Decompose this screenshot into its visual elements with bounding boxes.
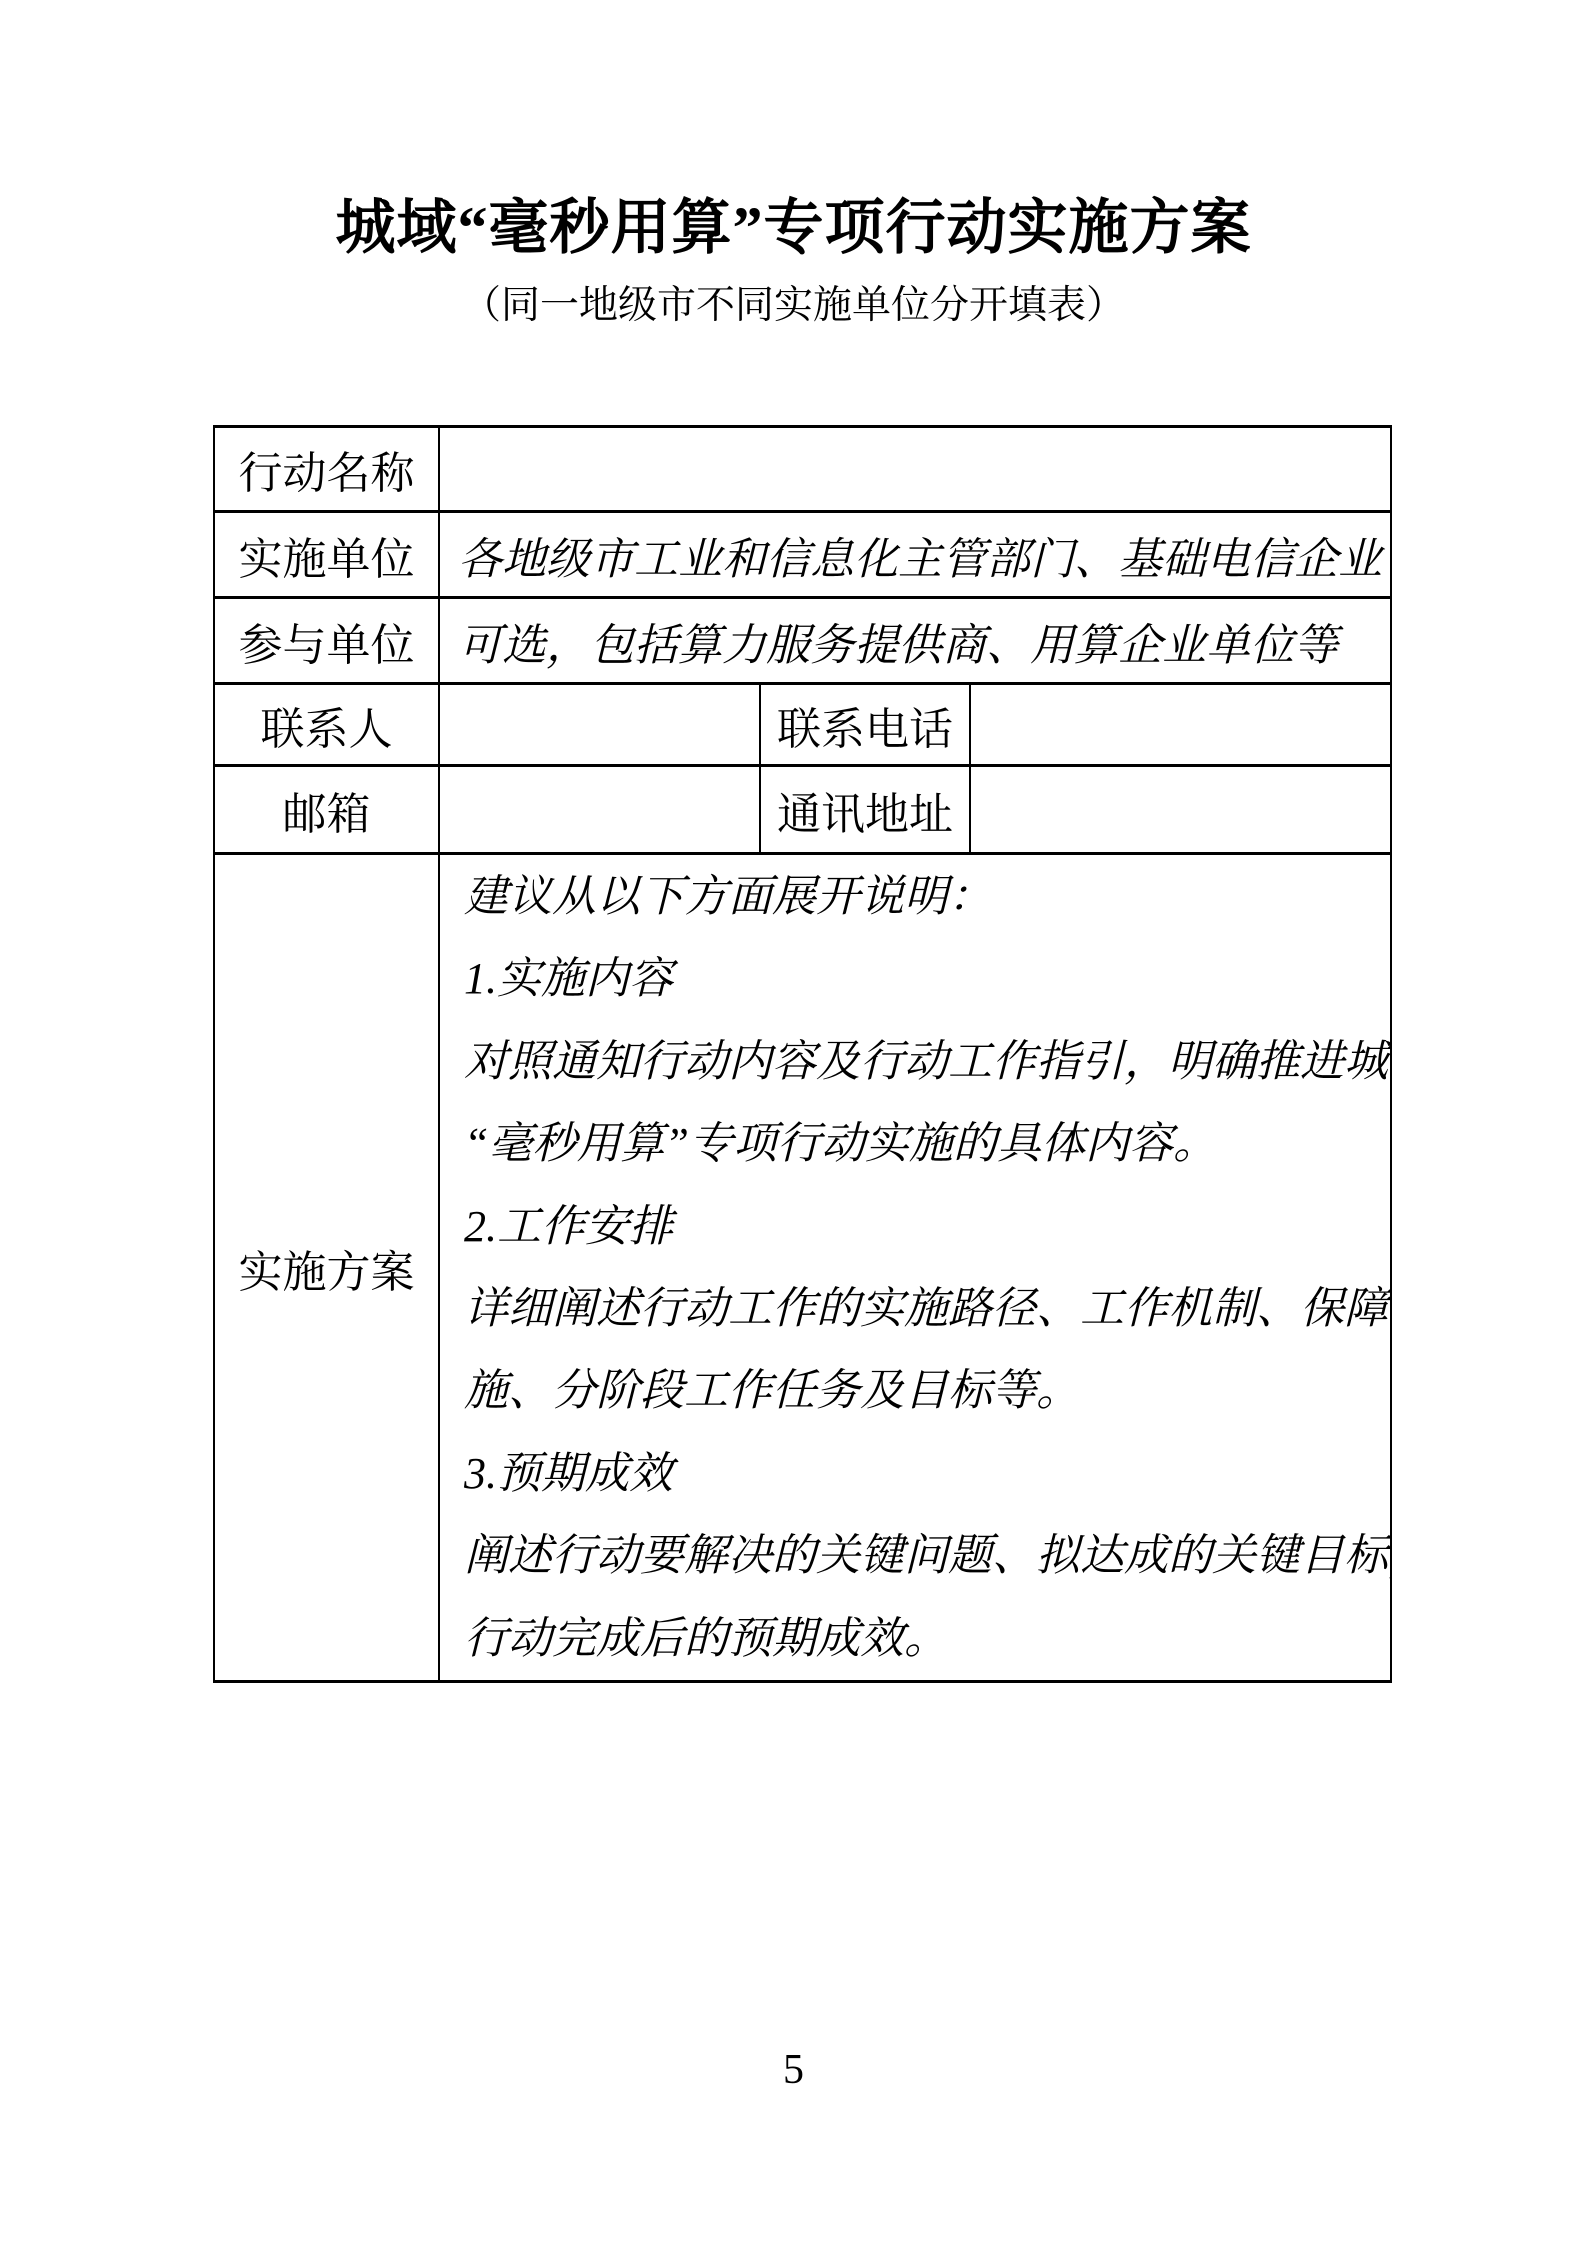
plan-line-item3-b: 行动完成后的预期成效。 — [464, 1598, 1366, 1680]
participating-unit-label: 参与单位 — [214, 598, 439, 684]
implementation-plan-label: 实施方案 — [214, 854, 439, 1682]
mailing-address-label: 通讯地址 — [760, 766, 970, 854]
document-page: 城域“毫秒用算”专项行动实施方案 （同一地级市不同实施单位分开填表） 行动名称 … — [0, 0, 1587, 2245]
plan-line-item3-a: 阐述行动要解决的关键问题、拟达成的关键目标， — [464, 1515, 1366, 1597]
table-row-contact: 联系人 联系电话 — [214, 684, 1391, 766]
implementing-unit-value: 各地级市工业和信息化主管部门、基础电信企业 — [439, 512, 1391, 598]
plan-line-item1: 1.实施内容 — [464, 938, 1366, 1020]
plan-line-item1-b: “毫秒用算”专项行动实施的具体内容。 — [464, 1103, 1366, 1185]
action-name-input-cell[interactable] — [439, 427, 1391, 512]
action-name-label: 行动名称 — [214, 427, 439, 512]
plan-line-item3: 3.预期成效 — [464, 1433, 1366, 1515]
table-row-implementing-unit: 实施单位 各地级市工业和信息化主管部门、基础电信企业 — [214, 512, 1391, 598]
implementation-plan-form-table: 行动名称 实施单位 各地级市工业和信息化主管部门、基础电信企业 参与单位 可选，… — [213, 425, 1392, 1683]
implementation-plan-content: 建议从以下方面展开说明： 1.实施内容 对照通知行动内容及行动工作指引，明确推进… — [439, 854, 1391, 1682]
plan-line-intro: 建议从以下方面展开说明： — [464, 856, 1366, 938]
contact-phone-input-cell[interactable] — [970, 684, 1391, 766]
table-row-action-name: 行动名称 — [214, 427, 1391, 512]
contact-person-label: 联系人 — [214, 684, 439, 766]
plan-line-item2-a: 详细阐述行动工作的实施路径、工作机制、保障措 — [464, 1268, 1366, 1350]
plan-line-item2-b: 施、分阶段工作任务及目标等。 — [464, 1350, 1366, 1432]
document-title: 城域“毫秒用算”专项行动实施方案 — [0, 193, 1587, 263]
page-number: 5 — [0, 2046, 1587, 2094]
plan-line-item1-a: 对照通知行动内容及行动工作指引，明确推进城域 — [464, 1021, 1366, 1103]
email-label: 邮箱 — [214, 766, 439, 854]
plan-line-item2: 2.工作安排 — [464, 1186, 1366, 1268]
participating-unit-value: 可选，包括算力服务提供商、用算企业单位等 — [439, 598, 1391, 684]
table-row-implementation-plan: 实施方案 建议从以下方面展开说明： 1.实施内容 对照通知行动内容及行动工作指引… — [214, 854, 1391, 1682]
mailing-address-input-cell[interactable] — [970, 766, 1391, 854]
email-input-cell[interactable] — [439, 766, 760, 854]
contact-phone-label: 联系电话 — [760, 684, 970, 766]
table-row-mail: 邮箱 通讯地址 — [214, 766, 1391, 854]
implementing-unit-label: 实施单位 — [214, 512, 439, 598]
table-row-participating-unit: 参与单位 可选，包括算力服务提供商、用算企业单位等 — [214, 598, 1391, 684]
document-subtitle: （同一地级市不同实施单位分开填表） — [0, 281, 1587, 331]
contact-person-input-cell[interactable] — [439, 684, 760, 766]
